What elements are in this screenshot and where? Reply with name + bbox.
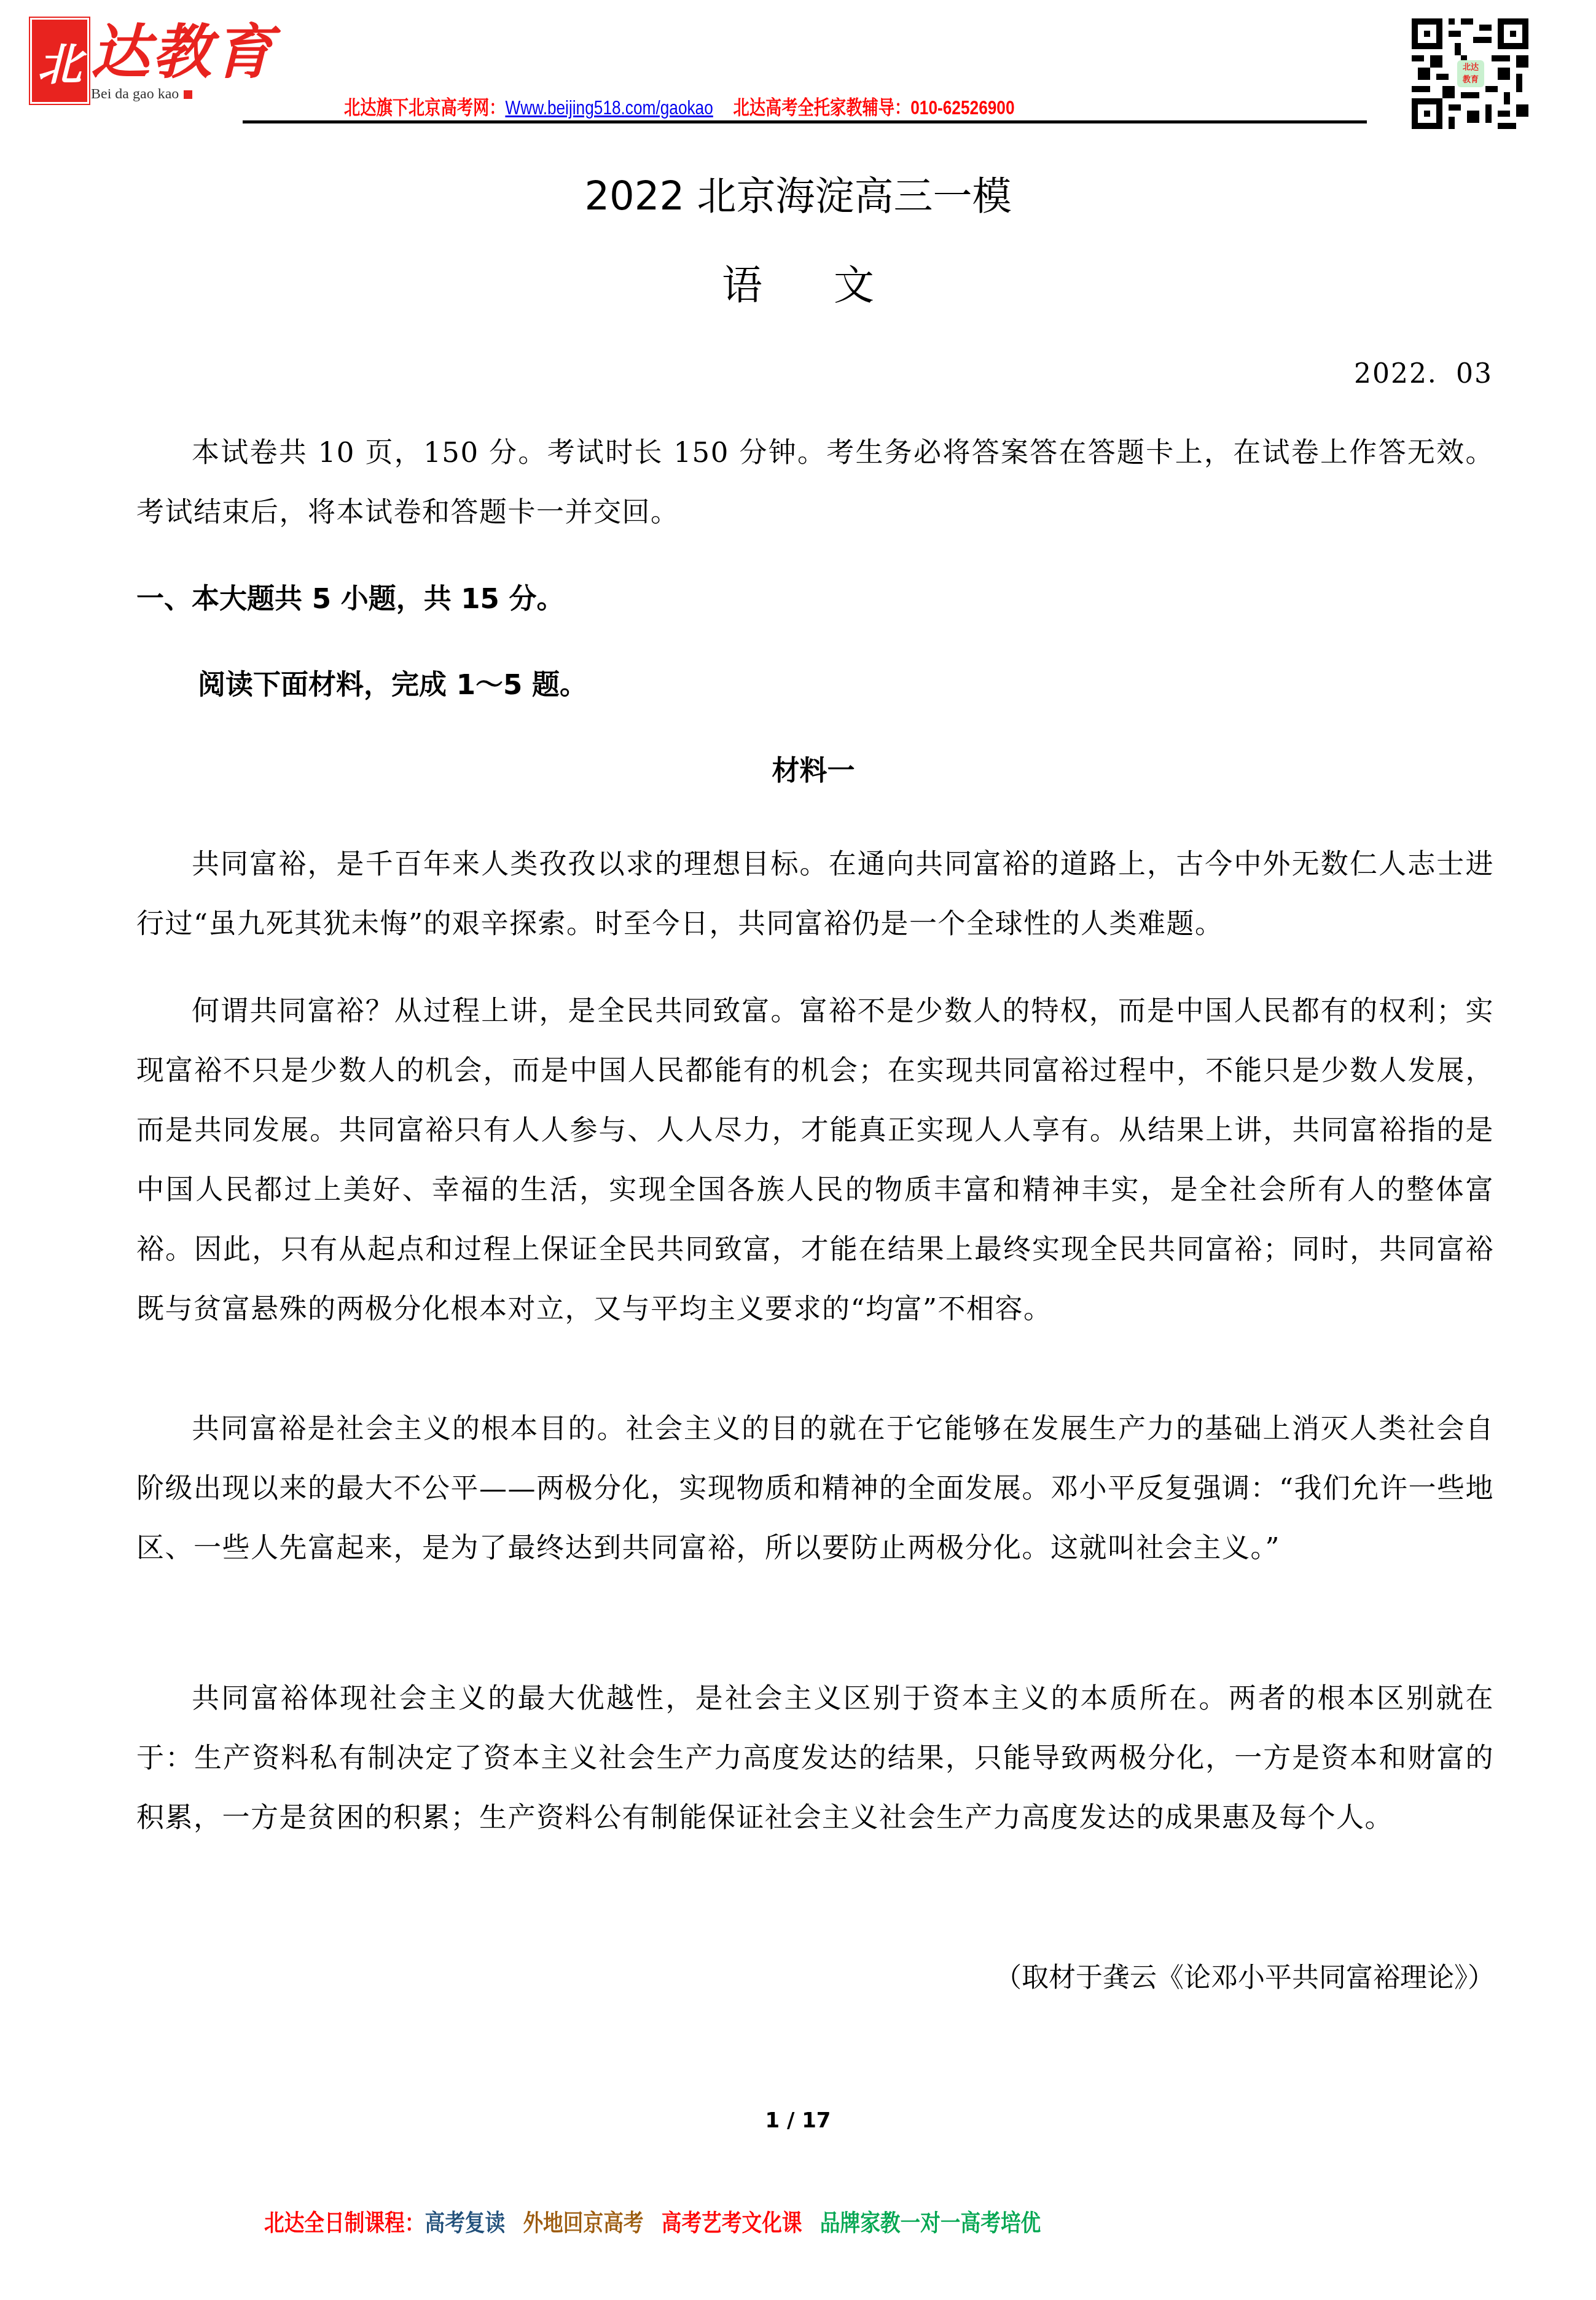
material-paragraph: 共同富裕体现社会主义的最大优越性，是社会主义区别于资本主义的本质所在。两者的根本… [136, 1668, 1494, 1847]
qr-center-logo: 北达 教育 [1457, 60, 1484, 87]
footer-courses: 北达全日制课程：高考复读外地回京高考高考艺考文化课品牌家教一对一高考培优 [264, 2204, 1059, 2237]
subject-title: 语文 [0, 261, 1596, 310]
red-square-icon [184, 90, 192, 99]
exam-instructions: 本试卷共 10 页，150 分。考试时长 150 分钟。考生务必将答案答在答题卡… [136, 423, 1494, 542]
reading-instruction: 阅读下面材料，完成 1～5 题。 [198, 667, 587, 703]
page-number: 1 / 17 [0, 2108, 1596, 2133]
paragraph-2: 何谓共同富裕？从过程上讲，是全民共同致富。富裕不是少数人的特权，而是中国人民都有… [136, 981, 1494, 1339]
paragraph-3: 共同富裕是社会主义的根本目的。社会主义的目的就在于它能够在发展生产力的基础上消灭… [136, 1399, 1494, 1578]
beida-logo: 北 达教育 Bei da gao kao [32, 18, 204, 104]
section-heading: 一、本大题共 5 小题，共 15 分。 [136, 581, 565, 617]
gaokao-website-link[interactable]: Www.beijing518.com/gaokao [505, 96, 713, 119]
material-title: 材料一 [0, 753, 1596, 789]
course-fudu: 高考复读 [424, 2210, 505, 2236]
header-divider [243, 120, 1367, 123]
logo-wordmark: 达教育 [91, 18, 275, 86]
material-paragraph: 何谓共同富裕？从过程上讲，是全民共同致富。富裕不是少数人的特权，而是中国人民都有… [136, 981, 1494, 1339]
qr-label-line1: 北达 [1457, 61, 1484, 74]
qr-label-line2: 教育 [1457, 74, 1484, 86]
header-info-line: 北达旗下北京高考网：Www.beijing518.com/gaokao北达高考全… [344, 92, 1015, 120]
subject-char-1: 语 [722, 261, 762, 310]
courses-label: 北达全日制课程： [264, 2210, 424, 2236]
source-citation: （取材于龚云《论邓小平共同富裕理论》） [995, 1960, 1495, 1997]
qr-code: 北达 教育 [1412, 18, 1528, 129]
header-info-suffix: 北达高考全托家教辅导：010-62526900 [733, 96, 1015, 119]
header-info-prefix: 北达旗下北京高考网： [344, 96, 505, 119]
paragraph-4: 共同富裕体现社会主义的最大优越性，是社会主义区别于资本主义的本质所在。两者的根本… [136, 1668, 1494, 1847]
exam-date: 2022．03 [1354, 351, 1493, 391]
logo-subtitle-text: Bei da gao kao [91, 86, 179, 102]
exam-title: 2022 北京海淀高三一模 [0, 172, 1596, 221]
course-waidi: 外地回京高考 [523, 2210, 643, 2236]
subject-char-2: 文 [834, 261, 874, 310]
logo-subtitle: Bei da gao kao [91, 86, 192, 103]
paragraph-1: 共同富裕，是千百年来人类孜孜以求的理想目标。在通向共同富裕的道路上，古今中外无数… [136, 834, 1494, 953]
instructions-paragraph: 本试卷共 10 页，150 分。考试时长 150 分钟。考生务必将答案答在答题卡… [136, 423, 1494, 542]
material-paragraph: 共同富裕，是千百年来人类孜孜以求的理想目标。在通向共同富裕的道路上，古今中外无数… [136, 834, 1494, 953]
course-yikao: 高考艺考文化课 [662, 2210, 802, 2236]
course-jiajiao: 品牌家教一对一高考培优 [820, 2210, 1041, 2236]
material-paragraph: 共同富裕是社会主义的根本目的。社会主义的目的就在于它能够在发展生产力的基础上消灭… [136, 1399, 1494, 1578]
logo-mark: 北 [32, 20, 87, 102]
